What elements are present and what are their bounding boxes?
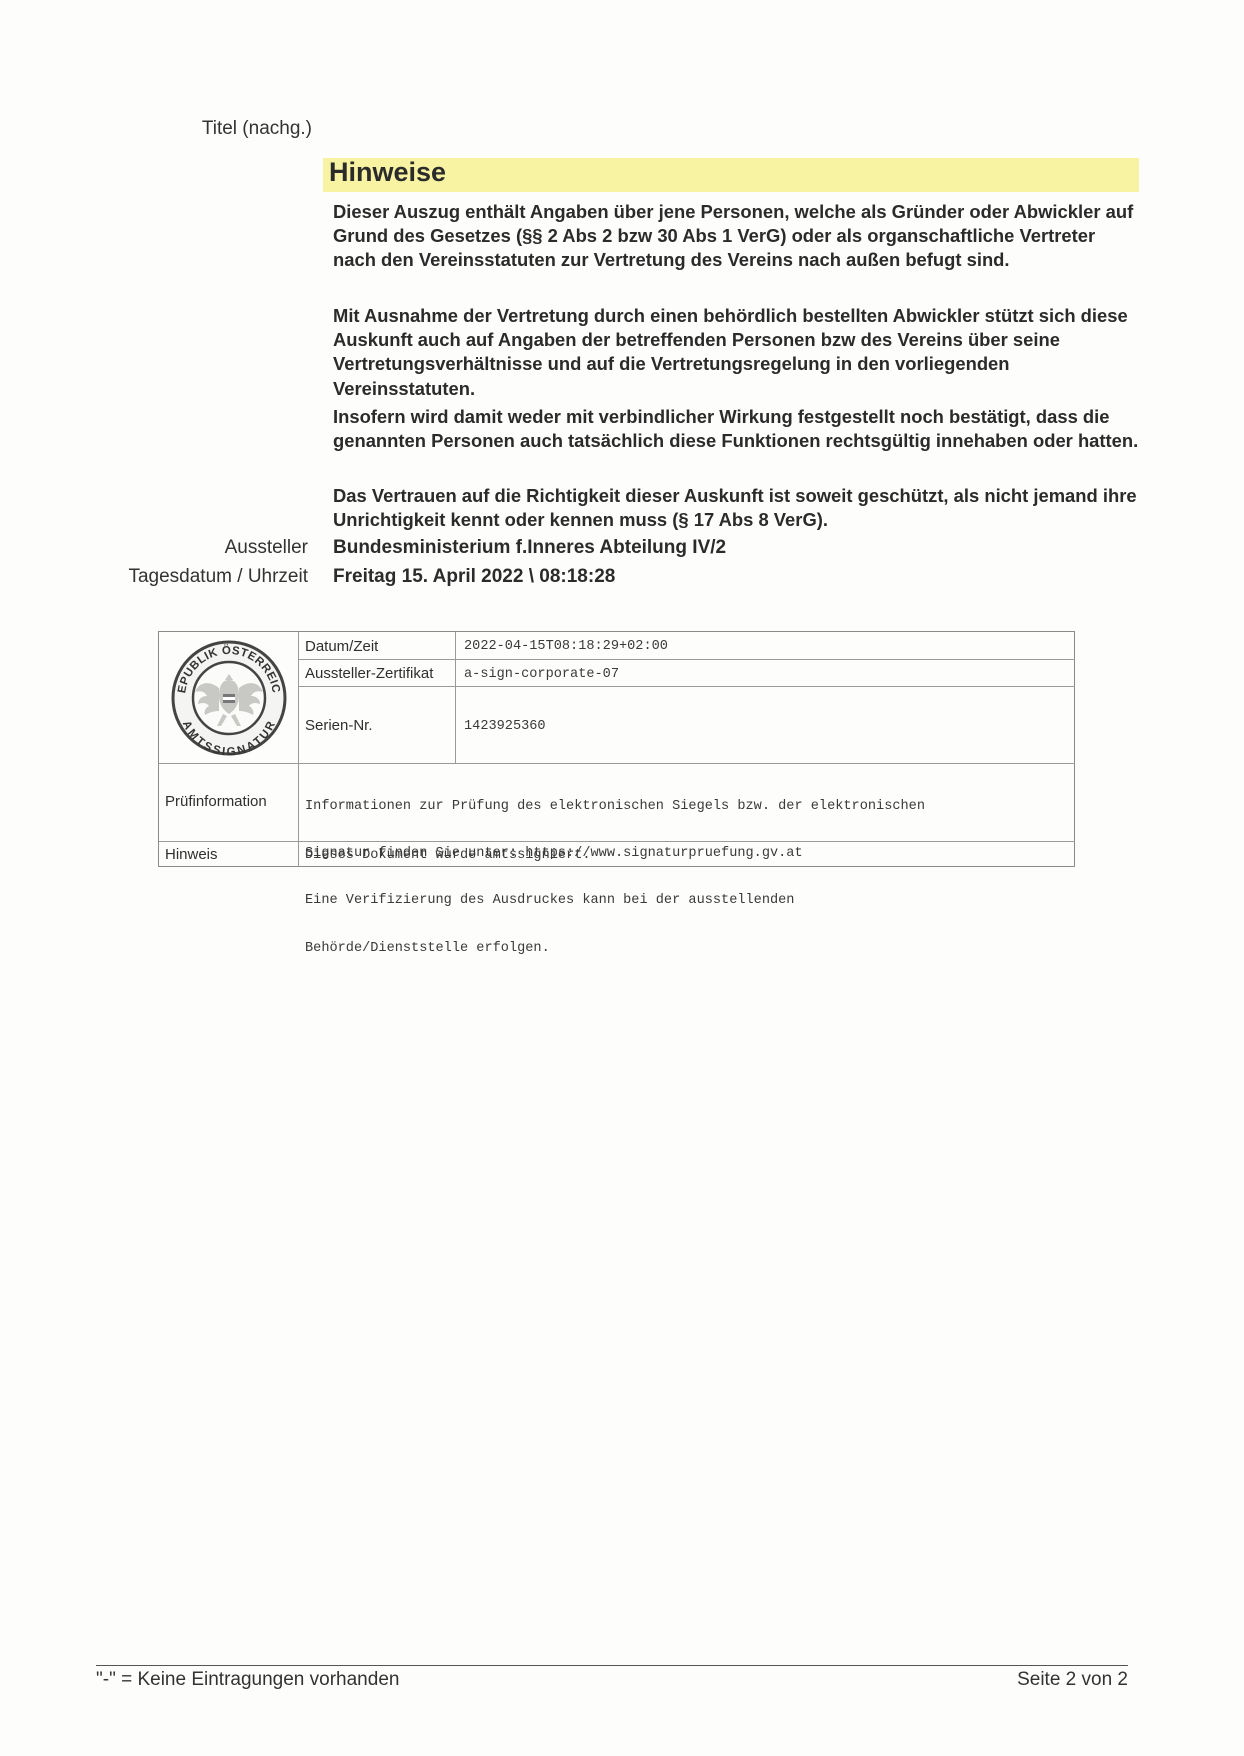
table-divider: [298, 632, 299, 867]
tagesdatum-label: Tagesdatum / Uhrzeit: [8, 566, 308, 588]
pruefinformation-line: Informationen zur Prüfung des elektronis…: [305, 799, 925, 815]
table-divider: [298, 659, 1075, 660]
page-number: Seite 2 von 2: [1017, 1669, 1128, 1691]
table-divider: [455, 632, 456, 763]
tagesdatum-value: Freitag 15. April 2022 \ 08:18:28: [333, 566, 615, 588]
table-divider: [159, 763, 1075, 764]
hinweise-paragraph: Mit Ausnahme der Vertretung durch einen …: [333, 304, 1143, 401]
datum-zeit-value: 2022-04-15T08:18:29+02:00: [464, 639, 668, 655]
footer-divider: [96, 1665, 1128, 1666]
amtssignatur-seal-icon: REPUBLIK ÖSTERREICH AMTSSIGNATUR: [169, 636, 289, 756]
pruefinformation-line: Behörde/Dienststelle erfolgen.: [305, 941, 925, 957]
serien-nr-value: 1423925360: [464, 719, 546, 735]
titel-nachg-label: Titel (nachg.): [12, 118, 312, 140]
table-divider: [298, 686, 1075, 687]
pruefinformation-line: Eine Verifizierung des Ausdruckes kann b…: [305, 893, 925, 909]
aussteller-zertifikat-value: a-sign-corporate-07: [464, 667, 619, 683]
pruefinformation-text: Informationen zur Prüfung des elektronis…: [305, 767, 925, 988]
footer-legend: "-" = Keine Eintragungen vorhanden: [96, 1669, 399, 1691]
hinweise-paragraph: Das Vertrauen auf die Richtigkeit dieser…: [333, 484, 1143, 532]
aussteller-label: Aussteller: [8, 537, 308, 559]
hinweise-heading: Hinweise: [329, 157, 446, 188]
datum-zeit-label: Datum/Zeit: [305, 638, 378, 655]
hinweis-label: Hinweis: [165, 846, 218, 863]
hinweise-paragraph: Dieser Auszug enthält Angaben über jene …: [333, 200, 1143, 273]
signature-block: REPUBLIK ÖSTERREICH AMTSSIGNATUR Datum/Z…: [158, 631, 1075, 867]
hinweise-paragraph: Insofern wird damit weder mit verbindlic…: [333, 405, 1143, 453]
serien-nr-label: Serien-Nr.: [305, 717, 373, 734]
aussteller-zertifikat-label: Aussteller-Zertifikat: [305, 665, 433, 682]
aussteller-value: Bundesministerium f.Inneres Abteilung IV…: [333, 537, 726, 559]
pruefinformation-label: Prüfinformation: [165, 793, 267, 810]
hinweis-value: Dieses Dokument wurde amtssigniert.: [305, 848, 591, 864]
